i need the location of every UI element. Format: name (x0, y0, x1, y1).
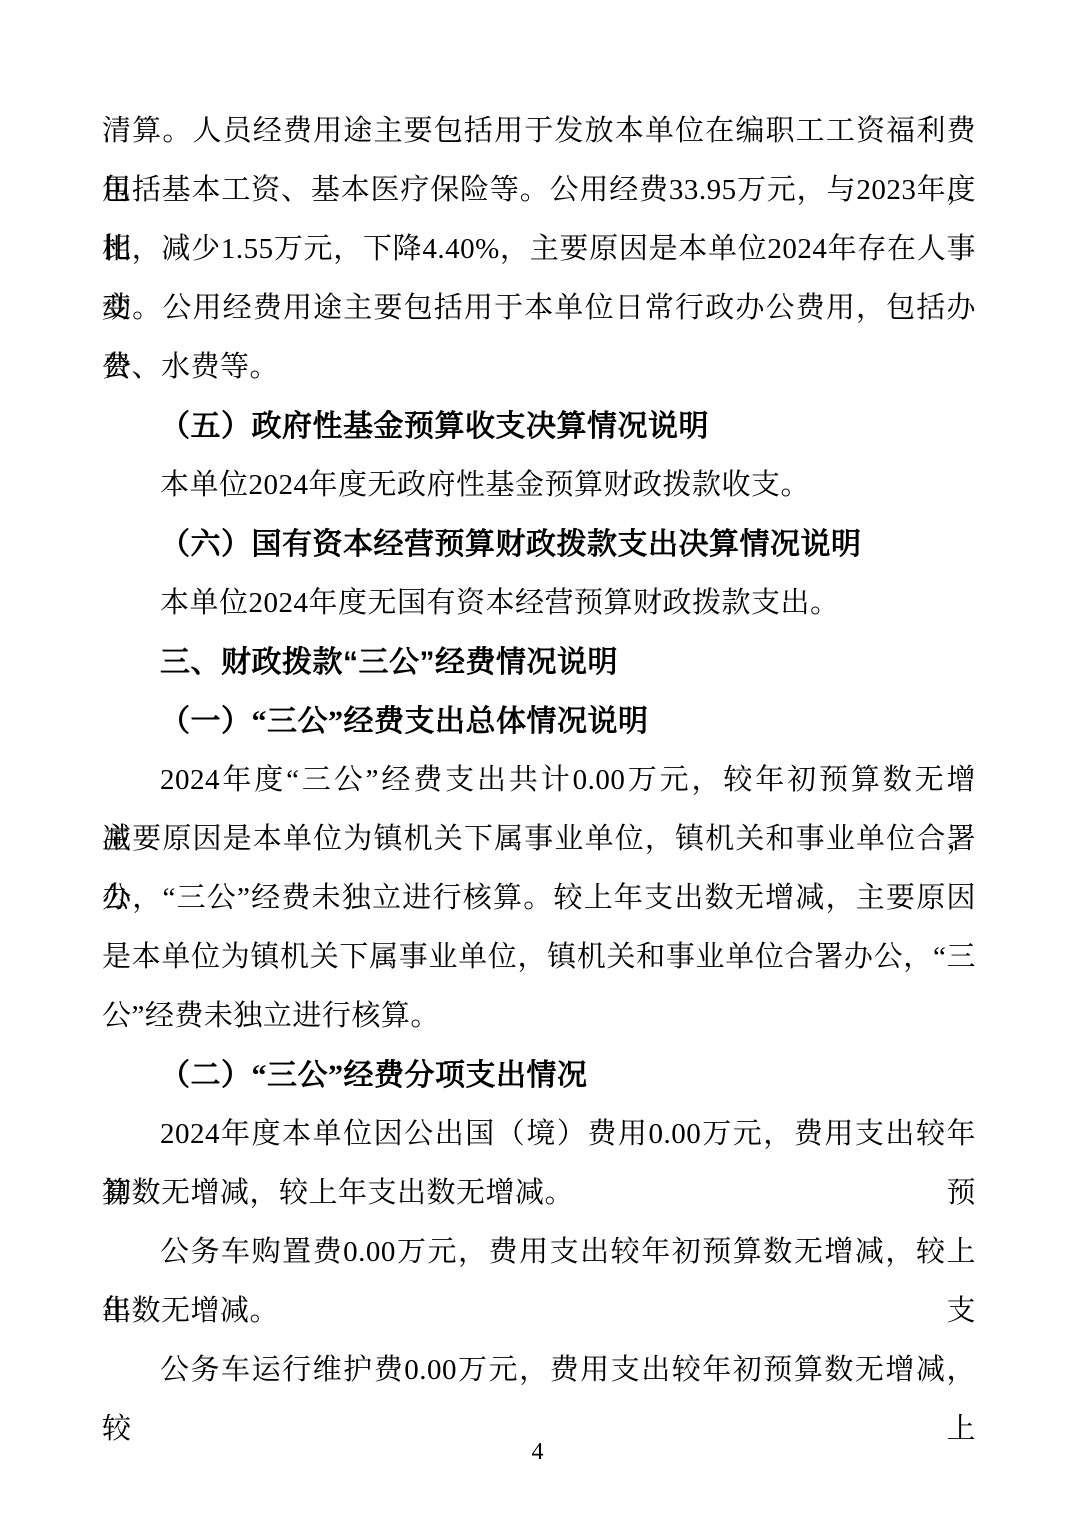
document-page: 清算。人员经费用途主要包括用于发放本单位在编职工工资福利费用，包括基本工资、基本… (0, 0, 1075, 1520)
heading-part-three: 三、财政拨款“三公”经费情况说明 (102, 633, 976, 692)
text-line: 费、水费等。 (102, 338, 976, 397)
text-line: （一）“三公”经费支出总体情况说明 (102, 692, 976, 751)
text-line: 2024年度本单位因公出国（境）费用0.00万元，费用支出较年初预 (102, 1105, 976, 1164)
paragraph-no-state-capital-budget: 本单位2024年度无国有资本经营预算财政拨款支出。 (102, 574, 976, 633)
text-line: （六）国有资本经营预算财政拨款支出决算情况说明 (102, 515, 976, 574)
text-line: 2024年度“三公”经费支出共计0.00万元，较年初预算数无增减， (102, 751, 976, 810)
text-line: 公”经费未独立进行核算。 (102, 987, 976, 1046)
paragraph-abroad-expense: 2024年度本单位因公出国（境）费用0.00万元，费用支出较年初预算数无增减，较… (102, 1105, 976, 1223)
text-line: 公务车购置费0.00万元，费用支出较年初预算数无增减，较上年支 (102, 1223, 976, 1282)
document-content: 清算。人员经费用途主要包括用于发放本单位在编职工工资福利费用，包括基本工资、基本… (102, 102, 976, 1400)
page-number: 4 (0, 1436, 1075, 1468)
text-line: 动。公用经费用途主要包括用于本单位日常行政办公费用，包括办公 (102, 279, 976, 338)
text-line: 清算。人员经费用途主要包括用于发放本单位在编职工工资福利费用， (102, 102, 976, 161)
text-line: 包括基本工资、基本医疗保险等。公用经费33.95万元，与2023年度相 (102, 161, 976, 220)
heading-section-five: （五）政府性基金预算收支决算情况说明 (102, 397, 976, 456)
paragraph-personnel-and-public-funds: 清算。人员经费用途主要包括用于发放本单位在编职工工资福利费用，包括基本工资、基本… (102, 102, 976, 397)
paragraph-three-public-overall: 2024年度“三公”经费支出共计0.00万元，较年初预算数无增减，主要原因是本单… (102, 751, 976, 1046)
text-line: 本单位2024年度无国有资本经营预算财政拨款支出。 (102, 574, 976, 633)
text-line: 公，“三公”经费未独立进行核算。较上年支出数无增减，主要原因 (102, 869, 976, 928)
heading-sub-one: （一）“三公”经费支出总体情况说明 (102, 692, 976, 751)
paragraph-vehicle-maintenance: 公务车运行维护费0.00万元，费用支出较年初预算数无增减，较上 (102, 1341, 976, 1400)
text-line: 比，减少1.55万元，下降4.40%，主要原因是本单位2024年存在人事变 (102, 220, 976, 279)
text-line: 三、财政拨款“三公”经费情况说明 (102, 633, 976, 692)
text-line: 是本单位为镇机关下属事业单位，镇机关和事业单位合署办公，“三 (102, 928, 976, 987)
heading-section-six: （六）国有资本经营预算财政拨款支出决算情况说明 (102, 515, 976, 574)
text-line: 主要原因是本单位为镇机关下属事业单位，镇机关和事业单位合署办 (102, 810, 976, 869)
paragraph-no-gov-fund-budget: 本单位2024年度无政府性基金预算财政拨款收支。 (102, 456, 976, 515)
heading-sub-two: （二）“三公”经费分项支出情况 (102, 1046, 976, 1105)
text-line: （二）“三公”经费分项支出情况 (102, 1046, 976, 1105)
text-line: 本单位2024年度无政府性基金预算财政拨款收支。 (102, 456, 976, 515)
paragraph-vehicle-purchase: 公务车购置费0.00万元，费用支出较年初预算数无增减，较上年支出数无增减。 (102, 1223, 976, 1341)
text-line: （五）政府性基金预算收支决算情况说明 (102, 397, 976, 456)
text-line: 公务车运行维护费0.00万元，费用支出较年初预算数无增减，较上 (102, 1341, 976, 1400)
